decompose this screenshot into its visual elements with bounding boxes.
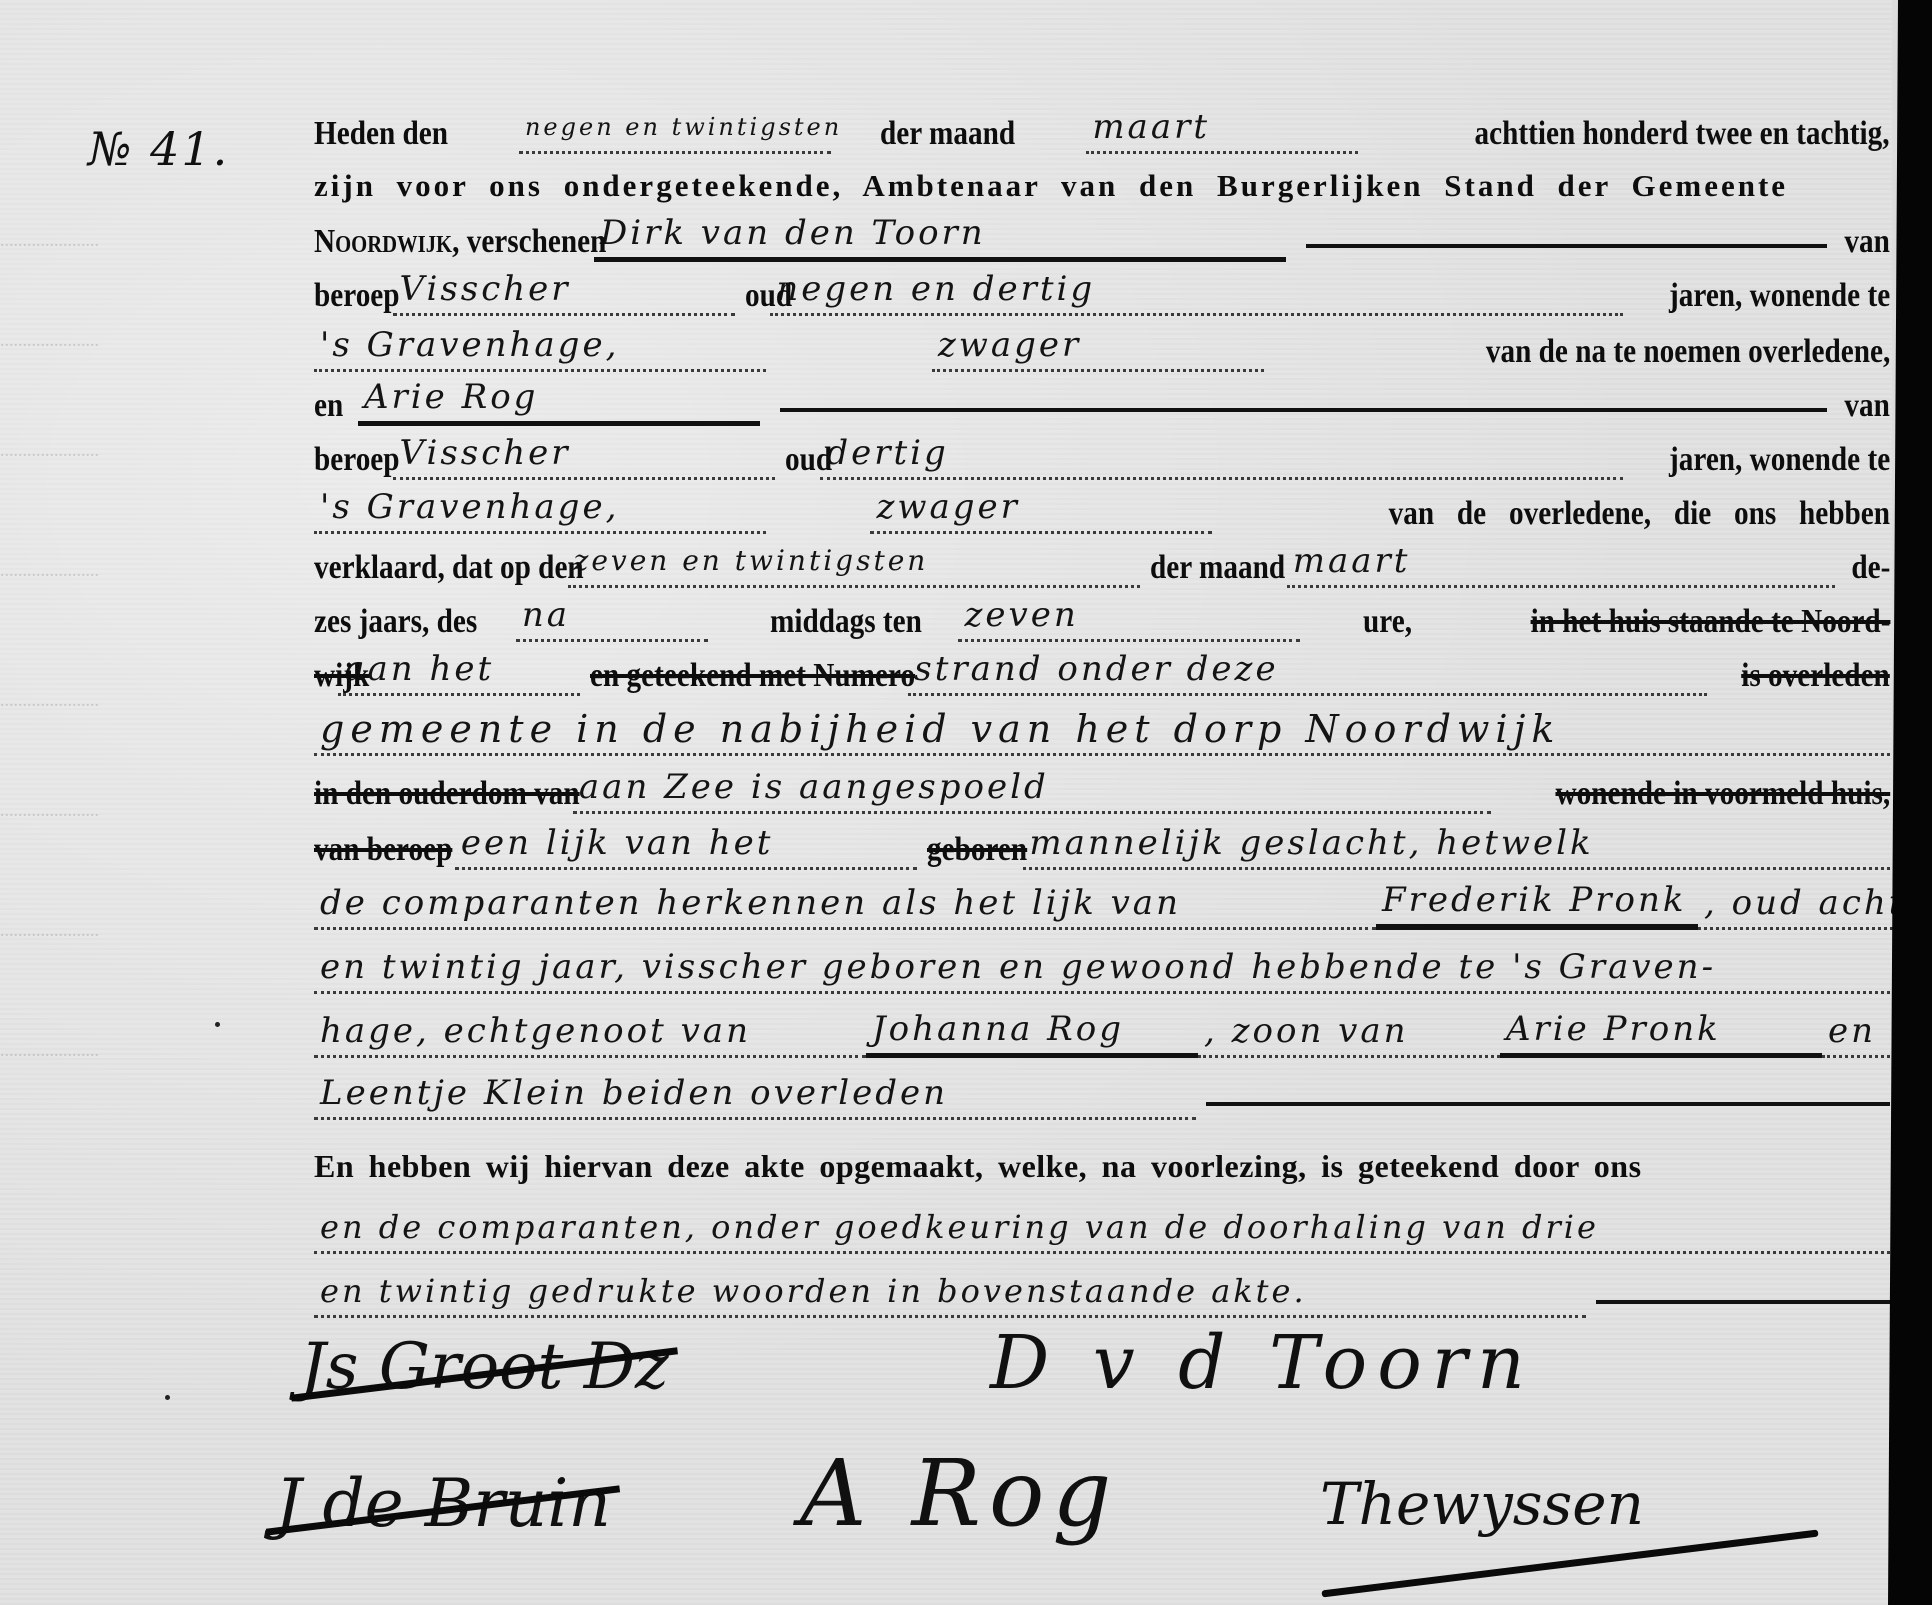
printed-text: jaren, wonende te: [1669, 276, 1890, 316]
handwritten-residence: 's Gravenhage,: [314, 323, 766, 372]
record-line-16: en twintig jaar, visscher geboren en gew…: [314, 940, 1890, 994]
printed-text: beroep: [314, 440, 400, 480]
struck-printed-text: in het huis staande te Noord-: [1530, 602, 1890, 642]
ink-speck: [165, 1395, 170, 1400]
record-line-20: en de comparanten, onder goedkeuring van…: [314, 1200, 1890, 1254]
signature-flourish: [1321, 1530, 1818, 1598]
handwritten-text: een lijk van het: [455, 821, 917, 870]
ink-speck: [215, 1022, 220, 1027]
printed-text: zijn voor ons ondergeteekende, Ambtenaar…: [314, 166, 1788, 206]
margin-bleed-through: ......................: [0, 230, 300, 251]
record-line-9: verklaard, dat op den zeven en twintigst…: [314, 534, 1890, 588]
handwritten-age: dertig: [820, 431, 1623, 480]
struck-printed-text: en geteekend met Numero: [590, 656, 915, 696]
printed-text: zes jaars, des: [314, 602, 477, 642]
printed-text: van de na te noemen overledene,: [1486, 332, 1890, 372]
struck-signature: Js Groot Dz: [300, 1330, 669, 1404]
handwritten-hour: zeven: [958, 593, 1300, 642]
handwritten-spouse-name: Johanna Rog: [866, 1007, 1198, 1058]
fill-line: [1306, 244, 1827, 248]
printed-text: Noordwijk, verschenen: [314, 222, 606, 262]
printed-text: Heden den: [314, 114, 448, 154]
record-line-17: hage, echtgenoot van Johanna Rog , zoon …: [314, 1004, 1890, 1058]
handwritten-day: negen en twintigsten: [519, 105, 831, 154]
record-line-3: Noordwijk, verschenen Dirk van den Toorn…: [314, 208, 1890, 262]
margin-bleed-through: ......................: [0, 440, 300, 461]
struck-printed-text: wonende in voormeld huis,: [1555, 774, 1890, 814]
struck-printed-text: is overleden: [1741, 656, 1890, 696]
printed-text: middags ten: [770, 602, 922, 642]
handwritten-text: hage, echtgenoot van: [314, 1009, 866, 1058]
handwritten-death-month: maart: [1287, 539, 1835, 588]
handwritten-text: en twintig gedrukte woorden in bovenstaa…: [314, 1269, 1586, 1318]
handwritten-text: mannelijk geslacht, hetwelk: [1023, 821, 1890, 870]
signature-declarant-2: A Rog: [800, 1440, 1119, 1547]
fill-line: [1206, 1102, 1890, 1106]
signature-registrar: Thewyssen: [1320, 1470, 1644, 1538]
record-line-18: Leentje Klein beiden overleden: [314, 1066, 1890, 1120]
struck-printed-text: wijk: [314, 656, 369, 696]
struck-printed-text: geboren: [927, 830, 1027, 870]
handwritten-residence: 's Gravenhage,: [314, 485, 766, 534]
handwritten-occupation: Visscher: [393, 431, 775, 480]
printed-text: jaren, wonende te: [1669, 440, 1890, 480]
printed-text: beroep: [314, 276, 400, 316]
handwritten-relation: zwager: [932, 323, 1264, 372]
record-line-8: 's Gravenhage, zwager van de overledene,…: [314, 480, 1890, 534]
record-line-14: van beroep een lijk van het geboren mann…: [314, 816, 1890, 870]
record-line-5: 's Gravenhage, zwager van de na te noeme…: [314, 318, 1890, 372]
printed-closing-text: En hebben wij hiervan deze akte opgemaak…: [314, 1146, 1642, 1186]
handwritten-text: aan Zee is aangespoeld: [573, 765, 1491, 814]
printed-text: van: [1844, 222, 1890, 262]
margin-bleed-through: ......................: [0, 690, 300, 711]
signature-declarant-1: D v d Toorn: [990, 1320, 1535, 1406]
handwritten-text: de comparanten herkennen als het lijk va…: [314, 881, 1376, 930]
handwritten-text: strand onder deze: [908, 647, 1707, 696]
handwritten-text: en de comparanten, onder goedkeuring van…: [314, 1205, 1890, 1254]
margin-bleed-through: ......................: [0, 1040, 300, 1061]
record-line-4: beroep Visscher oud negen en dertig jare…: [314, 262, 1890, 316]
printed-text: oud: [785, 440, 832, 480]
document-page: ...................... .................…: [0, 0, 1892, 1605]
record-line-21: en twintig gedrukte woorden in bovenstaa…: [314, 1264, 1890, 1318]
fill-line: [1596, 1300, 1890, 1304]
printed-text: en: [314, 386, 343, 426]
handwritten-text: gemeente in de nabijheid van het dorp No…: [314, 707, 1890, 756]
handwritten-text: en twintig jaar, visscher geboren en gew…: [314, 945, 1890, 994]
margin-bleed-through: ......................: [0, 800, 300, 821]
printed-text: de-: [1851, 548, 1890, 588]
handwritten-part-of-day: na: [516, 593, 708, 642]
struck-signature: J de Bruin: [275, 1465, 611, 1542]
record-line-12: gemeente in de nabijheid van het dorp No…: [314, 702, 1890, 756]
printed-text: achttien honderd twee en tachtig,: [1475, 114, 1890, 154]
handwritten-deceased-name: Frederik Pronk: [1376, 878, 1698, 930]
handwritten-text: en: [1822, 1009, 1890, 1058]
handwritten-mother-name: Leentje Klein beiden overleden: [314, 1071, 1196, 1120]
handwritten-relation: zwager: [870, 485, 1212, 534]
record-line-19: En hebben wij hiervan deze akte opgemaak…: [314, 1132, 1890, 1186]
printed-text: der maand: [880, 114, 1015, 154]
handwritten-death-day: zeven en twintigsten: [568, 539, 1140, 588]
handwritten-declarant-2-name: Arie Rog: [358, 375, 760, 426]
record-line-7: beroep Visscher oud dertig jaren, wonend…: [314, 426, 1890, 480]
scan-edge-border: [1888, 0, 1932, 1605]
handwritten-month: maart: [1086, 105, 1358, 154]
margin-bleed-through: ......................: [0, 560, 300, 581]
printed-text: verklaard, dat op den: [314, 548, 584, 588]
handwritten-text: aan het: [338, 647, 580, 696]
record-line-6: en Arie Rog van: [314, 372, 1890, 426]
printed-text: oud: [745, 276, 792, 316]
printed-text: van: [1844, 386, 1890, 426]
printed-text: der maand: [1150, 548, 1285, 588]
handwritten-text: , zoon van: [1198, 1009, 1500, 1058]
record-line-1: Heden den negen en twintigsten der maand…: [314, 100, 1890, 154]
handwritten-father-name: Arie Pronk: [1500, 1007, 1822, 1058]
record-line-11: wijk aan het en geteekend met Numero str…: [314, 642, 1890, 696]
record-line-15: de comparanten herkennen als het lijk va…: [314, 876, 1890, 930]
struck-printed-text: van beroep: [314, 830, 452, 870]
municipality-name: Noordwijk: [314, 223, 452, 260]
handwritten-occupation: Visscher: [393, 267, 735, 316]
handwritten-text: , oud acht: [1698, 881, 1911, 930]
record-line-2: zijn voor ons ondergeteekende, Ambtenaar…: [314, 152, 1890, 206]
handwritten-age: negen en dertig: [770, 267, 1623, 316]
struck-printed-text: in den ouderdom van: [314, 774, 580, 814]
printed-text: ure,: [1363, 602, 1412, 642]
handwritten-declarant-1-name: Dirk van den Toorn: [594, 211, 1286, 262]
margin-bleed-through: ......................: [0, 330, 300, 351]
record-line-10: zes jaars, des na middags ten zeven ure,…: [314, 588, 1890, 642]
fill-line: [780, 408, 1827, 412]
margin-bleed-through: ......................: [0, 920, 300, 941]
printed-text: van de overledene, die ons hebben: [1389, 494, 1890, 534]
record-line-13: in den ouderdom van aan Zee is aangespoe…: [314, 760, 1890, 814]
akte-number: № 41.: [88, 122, 229, 176]
